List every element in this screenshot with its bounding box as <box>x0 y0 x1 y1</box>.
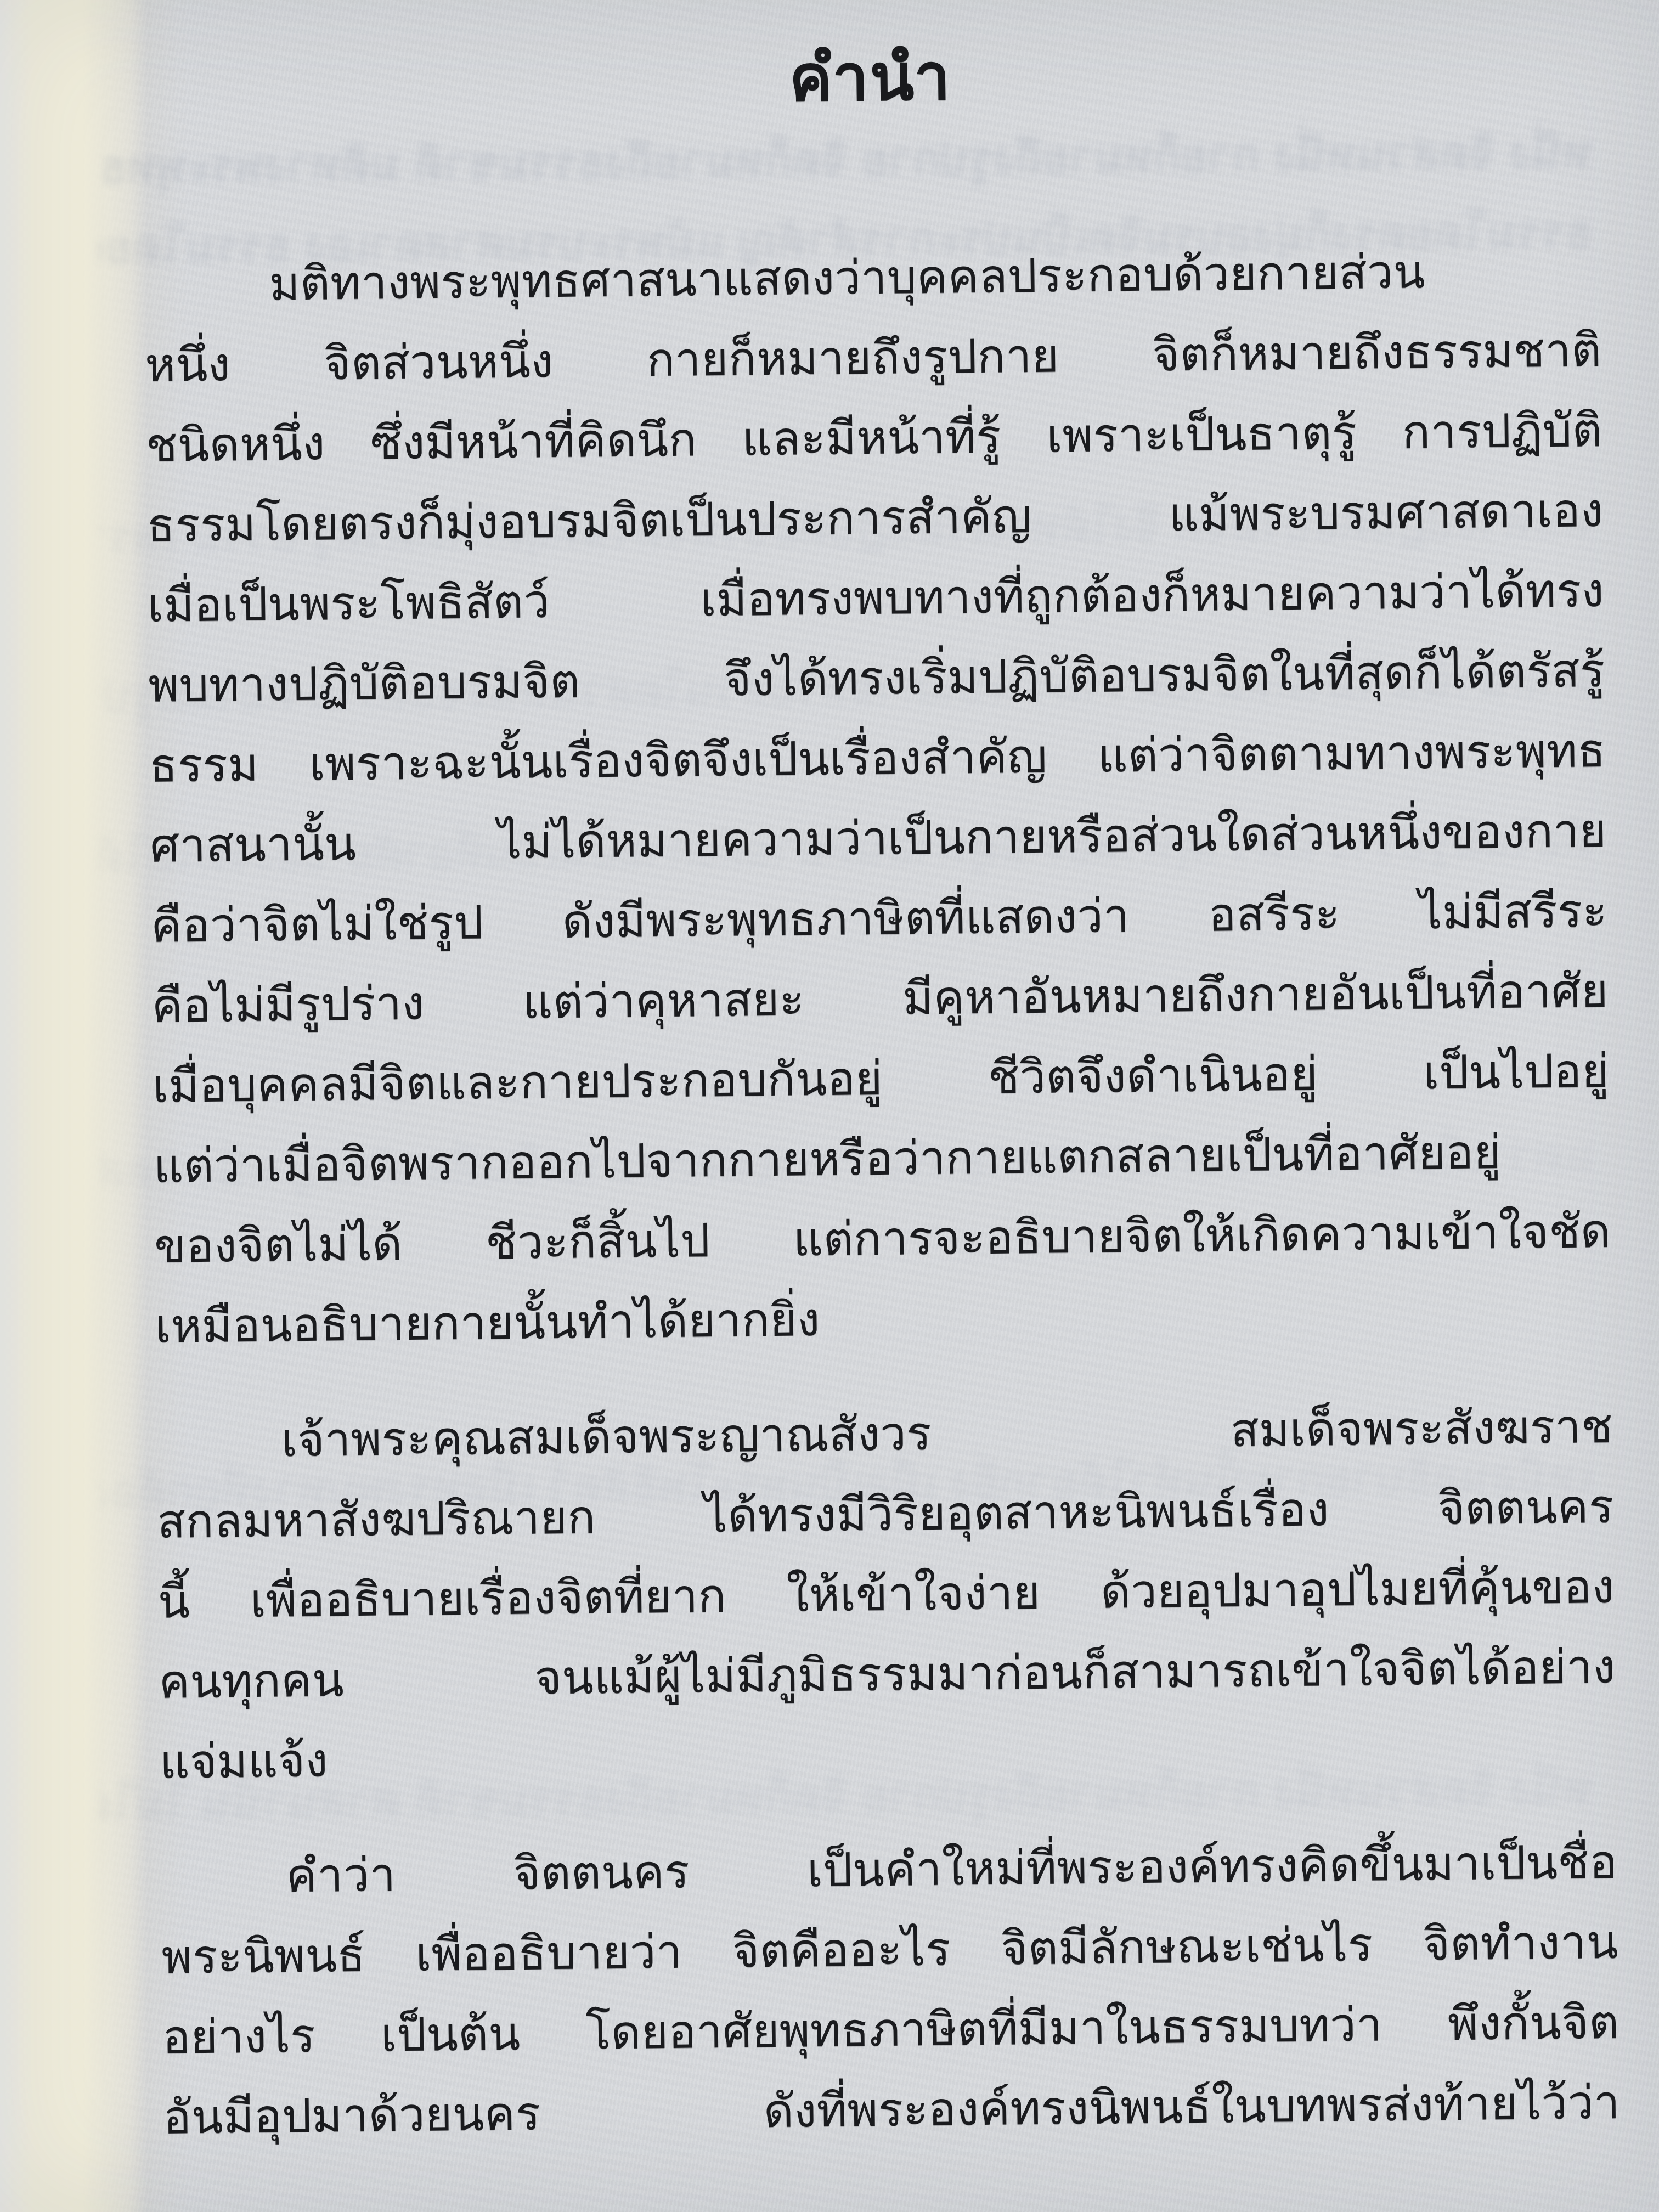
text-line: ธรรมโดยตรงก็มุ่งอบรมจิตเป็นประการสำคัญ แ… <box>146 471 1604 566</box>
paragraph: มติทางพระพุทธศาสนาแสดงว่าบุคคลประกอบด้วย… <box>144 230 1612 1367</box>
paragraph: เจ้าพระคุณสมเด็จพระญาณสังวร สมเด็จพระสัง… <box>156 1387 1616 1803</box>
text-line: มติทางพระพุทธศาสนาแสดงว่าบุคคลประกอบด้วย… <box>144 230 1601 326</box>
text-line: ศาสนานั้น ไม่ได้หมายความว่าเป็นกายหรือส่… <box>150 791 1607 887</box>
text-line: อันมีอุปมาด้วยนคร ดังที่พระองค์ทรงนิพนธ์… <box>163 2063 1620 2158</box>
text-line: เจ้าพระคุณสมเด็จพระญาณสังวร สมเด็จพระสัง… <box>156 1387 1613 1482</box>
text-line: แจ่มแจ้ง <box>159 1707 1616 1803</box>
text-line: อย่างไร เป็นต้น โดยอาศัยพุทธภาษิตที่มีมา… <box>162 1983 1619 2078</box>
text-line: พระนิพนธ์ เพื่ออธิบายว่า จิตคืออะไร จิตม… <box>161 1903 1618 1998</box>
text-line: คำว่า จิตตนคร เป็นคำใหม่ที่พระองค์ทรงคิด… <box>160 1822 1617 1918</box>
text-line: เมื่อเป็นพระโพธิสัตว์ เมื่อทรงพบทางที่ถู… <box>147 551 1604 646</box>
text-line: คือว่าจิตไม่ใช่รูป ดังมีพระพุทธภาษิตที่แ… <box>150 871 1607 967</box>
text-line: หนึ่ง จิตส่วนหนึ่ง กายก็หมายถึงรูปกาย จิ… <box>145 311 1602 406</box>
text-line: แต่ว่าเมื่อจิตพรากออกไปจากกายหรือว่ากายแ… <box>153 1111 1610 1207</box>
text-line: เมื่อบุคคลมีจิตและกายประกอบกันอยู่ ชีวิต… <box>152 1031 1609 1127</box>
body-paragraphs: มติทางพระพุทธศาสนาแสดงว่าบุคคลประกอบด้วย… <box>144 230 1620 2158</box>
text-line: คือไม่มีรูปร่าง แต่ว่าคุหาสยะ มีคูหาอันห… <box>151 951 1609 1047</box>
page-content: คำนำ มติทางพระพุทธศาสนาแสดงว่าบุคคลประกอ… <box>142 23 1620 2158</box>
text-line: พบทางปฏิบัติอบรมจิต จึงได้ทรงเริ่มปฏิบัต… <box>148 631 1605 726</box>
book-page-photo: หนึ่ง จิตส่วนหนึ่ง กายก็หมายถึงรูปกาย จิ… <box>0 0 1659 2212</box>
text-line: คนทุกคน จนแม้ผู้ไม่มีภูมิธรรมมาก่อนก็สาม… <box>159 1627 1616 1723</box>
text-line: เหมือนอธิบายกายนั้นทำได้ยากยิ่ง <box>155 1272 1612 1367</box>
text-line: นี้ เพื่ออธิบายเรื่องจิตที่ยาก ให้เข้าใจ… <box>157 1547 1615 1643</box>
text-line: ธรรม เพราะฉะนั้นเรื่องจิตจึงเป็นเรื่องสำ… <box>149 711 1606 806</box>
text-line: ของจิตไม่ได้ ชีวะก็สิ้นไป แต่การจะอธิบาย… <box>154 1192 1611 1287</box>
page-title: คำนำ <box>142 23 1599 132</box>
text-line: ชนิดหนึ่ง ซึ่งมีหน้าที่คิดนึก และมีหน้าท… <box>145 391 1602 486</box>
text-line: สกลมหาสังฆปริณายก ได้ทรงมีวิริยอุตสาหะนิ… <box>157 1467 1614 1562</box>
paragraph: คำว่า จิตตนคร เป็นคำใหม่ที่พระองค์ทรงคิด… <box>160 1822 1620 2158</box>
